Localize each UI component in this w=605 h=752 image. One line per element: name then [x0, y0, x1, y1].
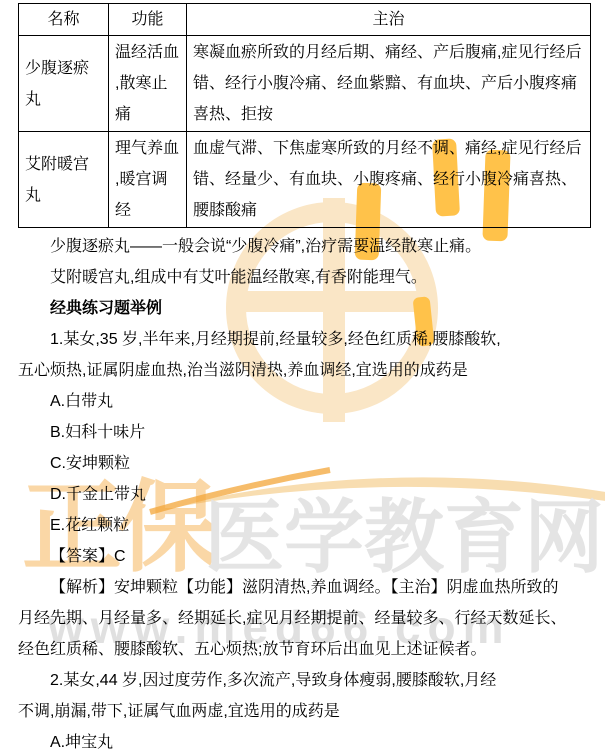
q1-option-e: E.花红颗粒	[18, 510, 593, 541]
medicine-comparison-table: 名称 功能 主治 少腹逐瘀丸 温经活血,散寒止痛 寒凝血瘀所致的月经后期、痛经、…	[18, 3, 591, 228]
table-row-aifunuangong: 艾附暖宫丸 理气养血,暖宫调经 血虚气滞、下焦虚寒所致的月经不调、痛经,症见行经…	[19, 132, 591, 228]
q2-option-a: A.坤宝丸	[18, 727, 593, 752]
note-shaofuzhuyu: 少腹逐瘀丸——一般会说“少腹冷痛”,治疗需要温经散寒止痛。	[18, 231, 593, 262]
q1-option-d: D.千金止带丸	[18, 479, 593, 510]
column-header-name: 名称	[19, 4, 109, 36]
q1-analysis-line-2: 月经先期、月经量多、经期延长,症见月经期提前、经量较多、行经天数延长、	[18, 603, 593, 634]
q1-option-c: C.安坤颗粒	[18, 448, 593, 479]
question-2-line-2: 不调,崩漏,带下,证属气血两虚,宜选用的成药是	[18, 696, 593, 727]
q1-analysis-line-1: 【解析】安坤颗粒【功能】滋阴清热,养血调经。【主治】阴虚血热所致的	[18, 572, 593, 603]
q1-option-a: A.白带丸	[18, 386, 593, 417]
q1-answer: 【答案】C	[18, 541, 593, 572]
q1-option-b: B.妇科十味片	[18, 417, 593, 448]
cell-function: 温经活血,散寒止痛	[109, 36, 187, 132]
column-header-indications: 主治	[187, 4, 591, 36]
question-2-line-1: 2.某女,44 岁,因过度劳作,多次流产,导致身体瘦弱,腰膝酸软,月经	[18, 665, 593, 696]
question-1-line-1: 1.某女,35 岁,半年来,月经期提前,经量较多,经色红质稀,腰膝酸软,	[18, 324, 593, 355]
document-page: 正保 医学教育网 www.med66.com 名称 功能 主治 少腹逐瘀丸 温经…	[0, 0, 605, 752]
q1-analysis-line-3: 经色红质稀、腰膝酸软、五心烦热;放节育环后出血见上述证候者。	[18, 634, 593, 665]
cell-medicine-name: 少腹逐瘀丸	[19, 36, 109, 132]
table-row-shaofuzhuyu: 少腹逐瘀丸 温经活血,散寒止痛 寒凝血瘀所致的月经后期、痛经、产后腹痛,症见行经…	[19, 36, 591, 132]
note-aifunuangong: 艾附暖宫丸,组成中有艾叶能温经散寒,有香附能理气。	[18, 262, 593, 293]
question-1-line-2: 五心烦热,证属阴虚血热,治当滋阴清热,养血调经,宜选用的成药是	[18, 355, 593, 386]
cell-indications: 寒凝血瘀所致的月经后期、痛经、产后腹痛,症见行经后错、经行小腹冷痛、经血紫黯、有…	[187, 36, 591, 132]
cell-function: 理气养血,暖宫调经	[109, 132, 187, 228]
document-body: 少腹逐瘀丸——一般会说“少腹冷痛”,治疗需要温经散寒止痛。 艾附暖宫丸,组成中有…	[18, 231, 593, 752]
cell-medicine-name: 艾附暖宫丸	[19, 132, 109, 228]
table-header-row: 名称 功能 主治	[19, 4, 591, 36]
cell-indications: 血虚气滞、下焦虚寒所致的月经不调、痛经,症见行经后错、经量少、有血块、小腹疼痛、…	[187, 132, 591, 228]
column-header-function: 功能	[109, 4, 187, 36]
section-title: 经典练习题举例	[18, 293, 593, 324]
